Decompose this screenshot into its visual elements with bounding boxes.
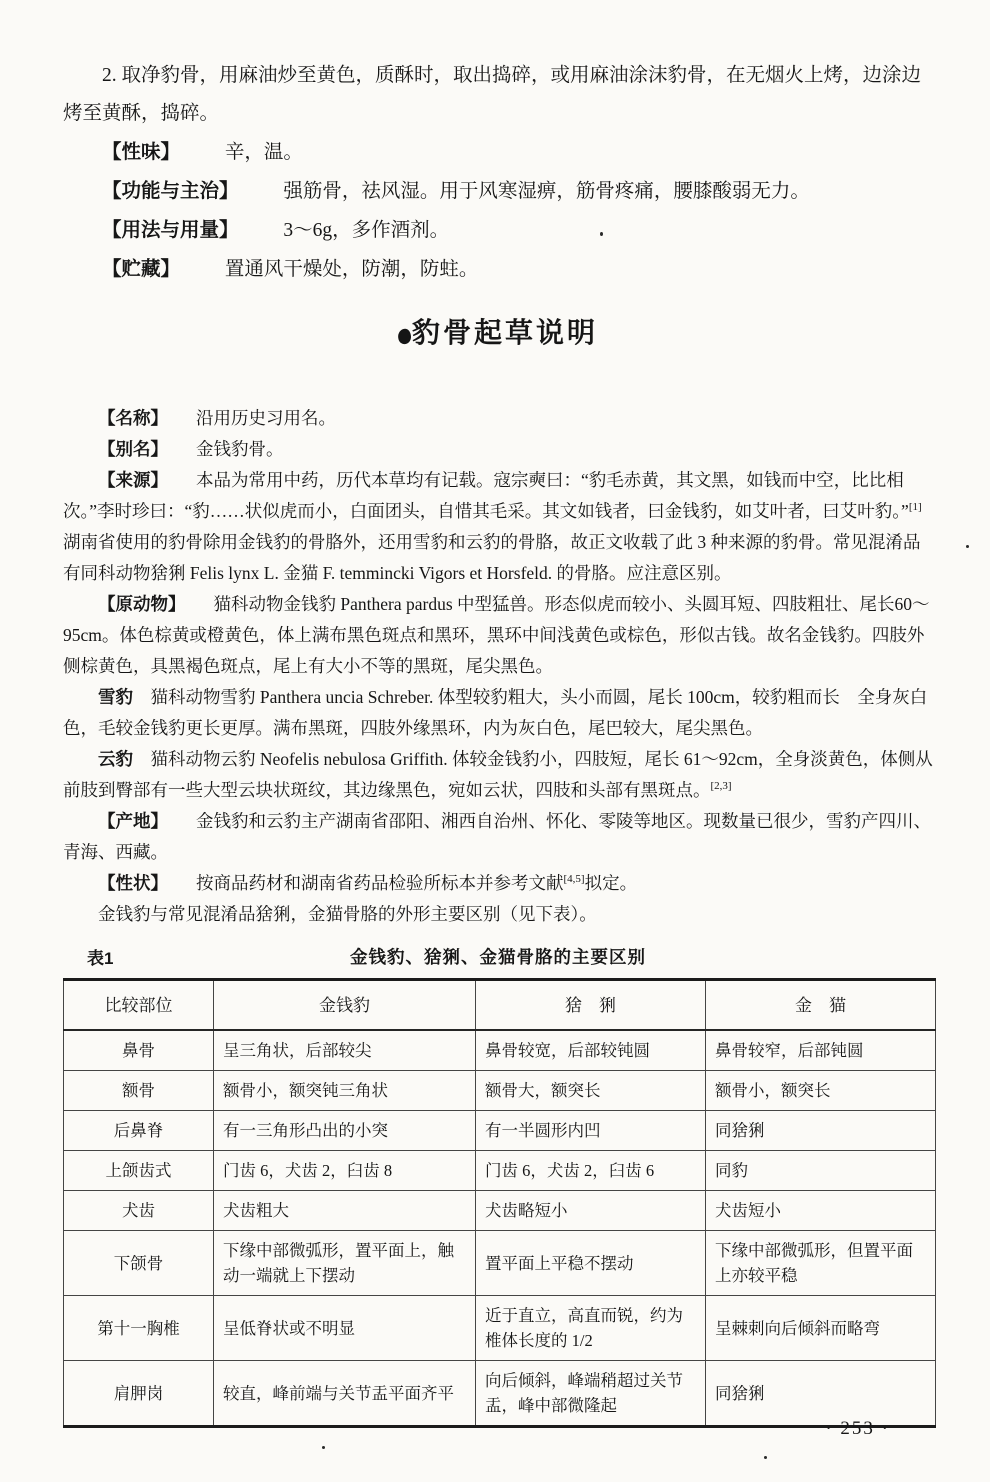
- table-header-row: 比较部位 金钱豹 猞 猁 金 猫: [64, 980, 936, 1031]
- entry-text: 猫科动物云豹 Neofelis nebulosa Griffith. 体较金钱豹…: [63, 749, 933, 800]
- table-cell: 犬齿略短小: [476, 1191, 706, 1231]
- comparison-table: 比较部位 金钱豹 猞 猁 金 猫 鼻骨 呈三角状，后部较尖 鼻骨较宽，后部较钝圆…: [63, 978, 936, 1428]
- entry-xingzhuang: 【性状】按商品药材和湖南省药品检验所标本并参考文献[4,5]拟定。: [63, 868, 933, 899]
- entry-text: 猫科动物金钱豹 Panthera pardus 中型猛兽。形态似虎而较小、头圆耳…: [63, 594, 930, 676]
- table-cell: 鼻骨较窄，后部钝圆: [706, 1030, 936, 1071]
- table-row: 下颌骨 下缘中部微弧形，置平面上，触动一端就上下摆动 置平面上平稳不摆动 下缘中…: [64, 1231, 936, 1296]
- entry-yongfa: 【用法与用量】3～6g，多作酒剂。: [63, 211, 933, 250]
- paragraph-clouded-leopard: 云豹猫科动物云豹 Neofelis nebulosa Griffith. 体较金…: [63, 744, 933, 806]
- table-row: 第十一胸椎 呈低脊状或不明显 近于直立，高直而锐，约为椎体长度的 1/2 呈棘刺…: [64, 1296, 936, 1361]
- table-cell: 额骨小，额突长: [706, 1071, 936, 1111]
- table-row: 犬齿 犬齿粗大 犬齿略短小 犬齿短小: [64, 1191, 936, 1231]
- row-header: 额骨: [64, 1071, 214, 1111]
- entry-yuandongwu: 【原动物】猫科动物金钱豹 Panthera pardus 中型猛兽。形态似虎而较…: [63, 589, 933, 682]
- entry-label: 【性味】: [102, 141, 180, 163]
- scanned-page: 2. 取净豹骨，用麻油炒至黄色，质酥时，取出捣碎，或用麻油涂沫豹骨，在无烟火上烤…: [0, 0, 990, 1482]
- row-header: 犬齿: [64, 1191, 214, 1231]
- entry-zhucang: 【贮藏】置通风干燥处，防潮，防蛀。: [63, 250, 933, 289]
- ink-blot-artifact: [396, 328, 412, 346]
- table-row: 上颌齿式 门齿 6，犬齿 2，臼齿 8 门齿 6，犬齿 2，臼齿 6 同豹: [64, 1151, 936, 1191]
- table-cell: 下缘中部微弧形，置平面上，触动一端就上下摆动: [214, 1231, 476, 1296]
- lead-in-label: 雪豹: [98, 687, 133, 707]
- table-row: 鼻骨 呈三角状，后部较尖 鼻骨较宽，后部较钝圆 鼻骨较窄，后部钝圆: [64, 1030, 936, 1071]
- draft-note-title: 豹骨起草说明: [63, 311, 933, 351]
- page-number: · 253 ·: [825, 1418, 890, 1440]
- entry-label: 【原动物】: [98, 594, 186, 614]
- entry-label: 【名称】: [98, 408, 168, 428]
- table-cell: 呈低脊状或不明显: [214, 1296, 476, 1361]
- entry-text: 本品为常用中药，历代本草均有记载。寇宗奭曰：“豹毛赤黄，其文黑，如钱而中空，比比…: [63, 470, 909, 521]
- entry-chandi: 【产地】金钱豹和云豹主产湖南省邵阳、湘西自治州、怀化、零陵等地区。现数量已很少，…: [63, 806, 933, 868]
- process-step-paragraph: 2. 取净豹骨，用麻油炒至黄色，质酥时，取出捣碎，或用麻油涂沫豹骨，在无烟火上烤…: [63, 57, 933, 133]
- table-cell: 鼻骨较宽，后部较钝圆: [476, 1030, 706, 1071]
- entry-label: 【别名】: [98, 439, 168, 459]
- table-cell: 门齿 6，犬齿 2，臼齿 8: [214, 1151, 476, 1191]
- table-cell: 有一半圆形内凹: [476, 1111, 706, 1151]
- reference-marker: [2,3]: [711, 780, 732, 792]
- table-row: 额骨 额骨小，额突钝三角状 额骨大，额突长 额骨小，额突长: [64, 1071, 936, 1111]
- entry-text: 置通风干燥处，防潮，防蛀。: [225, 259, 479, 280]
- table-cell: 较直，峰前端与关节盂平面齐平: [214, 1361, 476, 1427]
- scan-speck: [600, 232, 603, 236]
- table-caption: 表1 金钱豹、猞猁、金猫骨胳的主要区别: [63, 944, 933, 970]
- reference-marker: [1]: [909, 501, 922, 513]
- entry-label: 【贮藏】: [102, 258, 180, 280]
- row-header: 鼻骨: [64, 1030, 214, 1071]
- table-cell: 额骨大，额突长: [476, 1071, 706, 1111]
- row-header: 上颌齿式: [64, 1151, 214, 1191]
- reference-marker: [4,5]: [564, 873, 585, 885]
- entry-text: 沿用历史习用名。: [196, 408, 336, 428]
- scan-speck: [966, 545, 969, 548]
- table-cell: 近于直立，高直而锐，约为椎体长度的 1/2: [476, 1296, 706, 1361]
- scan-speck: [322, 1446, 325, 1449]
- table-cell: 下缘中部微弧形，但置平面上亦较平稳: [706, 1231, 936, 1296]
- lead-in-label: 云豹: [98, 749, 133, 769]
- entry-text: 3～6g，多作酒剂。: [283, 220, 449, 241]
- scan-speck: [764, 1456, 767, 1459]
- paragraph-snow-leopard: 雪豹猫科动物雪豹 Panthera uncia Schreber. 体型较豹粗大…: [63, 682, 933, 744]
- column-header: 金钱豹: [214, 980, 476, 1031]
- table-cell: 向后倾斜，峰端稍超过关节盂，峰中部微隆起: [476, 1361, 706, 1427]
- entry-xingwei: 【性味】辛，温。: [63, 133, 933, 172]
- table-caption-title: 金钱豹、猞猁、金猫骨胳的主要区别: [63, 944, 933, 969]
- table-intro-paragraph: 金钱豹与常见混淆品猞猁，金猫骨胳的外形主要区别（见下表）。: [63, 899, 933, 930]
- entry-label: 【来源】: [98, 470, 168, 490]
- table-cell: 有一三角形凸出的小突: [214, 1111, 476, 1151]
- table-cell: 同猞猁: [706, 1361, 936, 1427]
- row-header: 第十一胸椎: [64, 1296, 214, 1361]
- column-header: 比较部位: [64, 980, 214, 1031]
- entry-text: 辛，温。: [225, 142, 303, 163]
- entry-label: 【产地】: [98, 811, 168, 831]
- entry-text: 拟定。: [585, 873, 638, 893]
- row-header: 肩胛岗: [64, 1361, 214, 1427]
- row-header: 下颌骨: [64, 1231, 214, 1296]
- entry-laiyuan: 【来源】本品为常用中药，历代本草均有记载。寇宗奭曰：“豹毛赤黄，其文黑，如钱而中…: [63, 465, 933, 589]
- table-cell: 呈棘刺向后倾斜而略弯: [706, 1296, 936, 1361]
- table-cell: 犬齿短小: [706, 1191, 936, 1231]
- table-cell: 犬齿粗大: [214, 1191, 476, 1231]
- table-row: 肩胛岗 较直，峰前端与关节盂平面齐平 向后倾斜，峰端稍超过关节盂，峰中部微隆起 …: [64, 1361, 936, 1427]
- column-header: 猞 猁: [476, 980, 706, 1031]
- entry-label: 【用法与用量】: [102, 219, 239, 241]
- table-row: 后鼻脊 有一三角形凸出的小突 有一半圆形内凹 同猞猁: [64, 1111, 936, 1151]
- entry-label: 【性状】: [98, 873, 168, 893]
- table-cell: 同豹: [706, 1151, 936, 1191]
- entry-bieming: 【别名】金钱豹骨。: [63, 434, 933, 465]
- table-cell: 额骨小，额突钝三角状: [214, 1071, 476, 1111]
- entry-text: 按商品药材和湖南省药品检验所标本并参考文献: [196, 873, 564, 893]
- table-cell: 门齿 6，犬齿 2，臼齿 6: [476, 1151, 706, 1191]
- table-cell: 同猞猁: [706, 1111, 936, 1151]
- table-cell: 呈三角状，后部较尖: [214, 1030, 476, 1071]
- title-text: 豹骨起草说明: [412, 318, 598, 349]
- row-header: 后鼻脊: [64, 1111, 214, 1151]
- draft-note-section: 【名称】沿用历史习用名。 【别名】金钱豹骨。 【来源】本品为常用中药，历代本草均…: [63, 403, 933, 930]
- entry-text: 金钱豹骨。: [196, 439, 284, 459]
- monograph-tail-section: 2. 取净豹骨，用麻油炒至黄色，质酥时，取出捣碎，或用麻油涂沫豹骨，在无烟火上烤…: [63, 57, 933, 289]
- entry-mingcheng: 【名称】沿用历史习用名。: [63, 403, 933, 434]
- entry-text: 湖南省使用的豹骨除用金钱豹的骨胳外，还用雪豹和云豹的骨胳，故正文收载了此 3 种…: [63, 532, 921, 583]
- table-cell: 置平面上平稳不摆动: [476, 1231, 706, 1296]
- entry-text: 猫科动物雪豹 Panthera uncia Schreber. 体型较豹粗大，头…: [63, 687, 927, 738]
- entry-text: 金钱豹和云豹主产湖南省邵阳、湘西自治州、怀化、零陵等地区。现数量已很少，雪豹产四…: [63, 811, 931, 862]
- column-header: 金 猫: [706, 980, 936, 1031]
- entry-gongneng: 【功能与主治】强筋骨，祛风湿。用于风寒湿痹，筋骨疼痛，腰膝酸弱无力。: [63, 172, 933, 211]
- entry-text: 强筋骨，祛风湿。用于风寒湿痹，筋骨疼痛，腰膝酸弱无力。: [283, 181, 810, 202]
- entry-label: 【功能与主治】: [102, 180, 239, 202]
